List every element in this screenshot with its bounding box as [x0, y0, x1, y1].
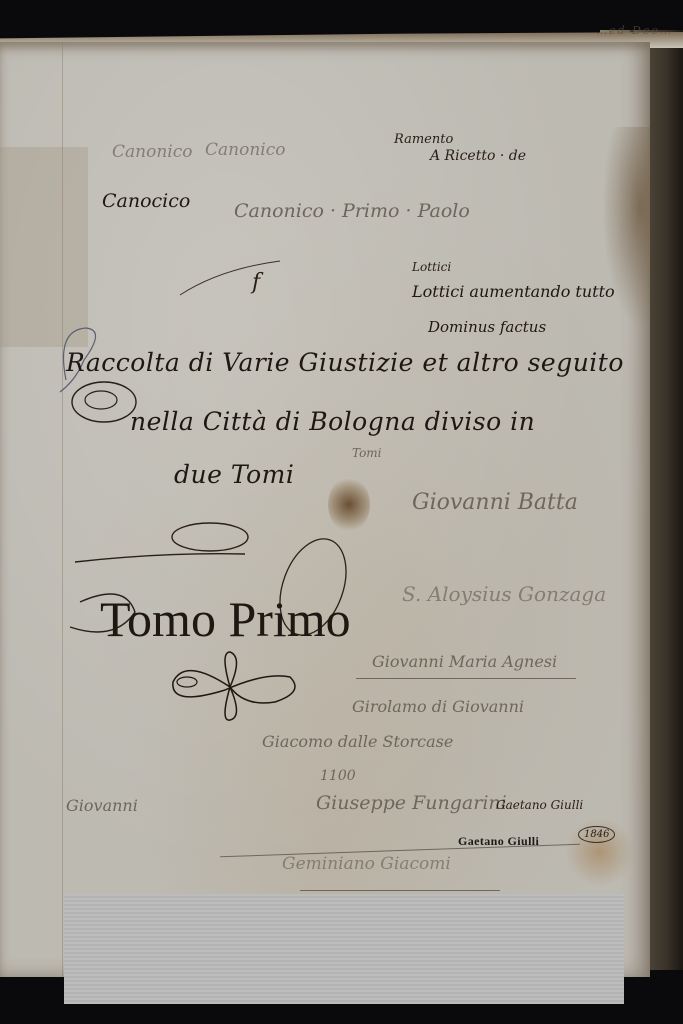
note-lottici-small: Lottici	[412, 260, 451, 274]
rule-bottom	[300, 890, 500, 891]
manuscript-page: Canonico Canonico Canocico Canonico · Pr…	[0, 42, 650, 977]
note-canonico-primo-paolo: Canonico · Primo · Paolo	[234, 200, 470, 222]
stamp-gaetano-giulli: Gaetano Giulli	[458, 834, 539, 849]
margin-fold-line	[62, 42, 63, 977]
number-1100: 1100	[320, 768, 356, 784]
sig-giuseppe-fungarini: Giuseppe Fungarini	[316, 792, 507, 814]
note-ramento: Ramento	[394, 132, 453, 147]
note-dominus-factus: Dominus factus	[428, 318, 546, 336]
sig-giovanni-maria-agnesi: Giovanni Maria Agnesi	[372, 652, 557, 671]
note-canonico-2: Canonico	[205, 140, 285, 160]
knot-flourish-ornament	[165, 652, 305, 722]
sig-girolamo-giovanni: Girolamo di Giovanni	[352, 697, 524, 716]
repair-paper-strip	[64, 894, 624, 1004]
title-line-3: due Tomi	[174, 460, 294, 489]
sig-giovanni-left: Giovanni	[66, 796, 138, 815]
title-line-1: Raccolta di Varie Giustizie et altro seg…	[66, 348, 624, 377]
sig-giovanni-batta: Giovanni Batta	[412, 490, 578, 515]
sig-giacomo-dalle-storcase: Giacomo dalle Storcase	[262, 732, 453, 751]
rule-under-agnesi	[356, 678, 576, 679]
note-canonico-1: Canonico	[112, 142, 192, 162]
sig-geminiano-giacomi: Geminiano Giacomi	[282, 854, 451, 874]
note-canocico: Canocico	[102, 190, 190, 212]
title-tomi-faint: Tomi	[352, 446, 382, 460]
title-line-2: nella Città di Bologna diviso in	[130, 407, 535, 436]
volume-title: Tomo Primo	[100, 590, 351, 648]
pen-trial-stroke	[180, 257, 290, 297]
sig-s-aloysius-gonzaga: S. Aloysius Gonzaga	[402, 582, 606, 606]
note-ricetto: A Ricetto · de	[430, 148, 526, 164]
sig-gaetano-giulli-script: Gaetano Giulli	[496, 798, 583, 812]
top-edge-script: …ed Deo…	[596, 24, 673, 37]
note-lottici-aumentando: Lottici aumentando tutto	[412, 282, 615, 301]
left-paper-patch	[0, 147, 88, 347]
